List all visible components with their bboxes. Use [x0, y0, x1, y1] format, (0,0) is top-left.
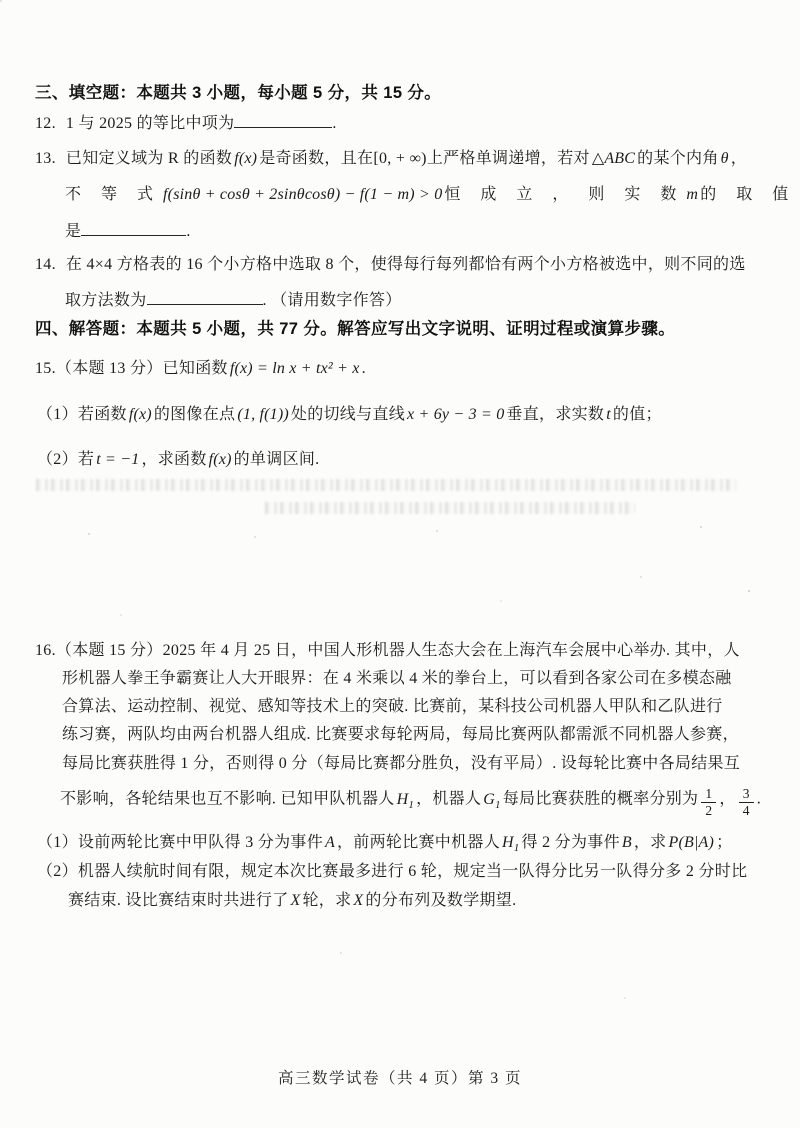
- q13-math-m: m: [686, 186, 698, 203]
- q13-math-fx: f(x): [234, 150, 257, 167]
- q16-math-x: X: [353, 892, 363, 909]
- q16-math-x: X: [291, 892, 301, 909]
- bleed-through-text-line2: [265, 502, 635, 514]
- question-16-line2: 形机器人拳王争霸赛让人大开眼界：在 4 米乘以 4 米的拳台上，可以看到各家公司…: [62, 668, 732, 690]
- q15-math-t-value: t = −1: [96, 451, 139, 468]
- fraction-denominator: 4: [739, 803, 754, 819]
- q16-subscript: 1: [408, 799, 414, 811]
- q13-text: 的 取 值 范 围: [700, 186, 800, 203]
- fraction-three-quarters: 34: [739, 786, 754, 818]
- answer-blank-q13: [81, 220, 186, 236]
- q15-text: 垂直，求实数: [506, 406, 604, 423]
- question-15-head: 15.（本题 13 分）已知函数f(x) = ln x + tx² + x.: [35, 358, 366, 380]
- bleed-through-text-line1: [36, 479, 736, 491]
- question-16-part2-line1: （2）机器人续航时间有限，规定本次比赛最多进行 6 轮，规定当一队得分比另一队得…: [37, 861, 747, 883]
- fraction-numerator: 1: [701, 786, 716, 803]
- q16-text: ，机器人: [416, 791, 481, 808]
- q15-text: 的值；: [613, 406, 662, 423]
- q16-math-g: G: [483, 791, 495, 808]
- q13-text: 不 等 式: [65, 186, 161, 203]
- q15-text: ，求函数: [141, 451, 206, 468]
- q13-math-inequality: f(sinθ + cosθ + 2sinθcosθ) − f(1 − m) > …: [163, 186, 442, 203]
- question-16-part1: （1）设前两轮比赛中甲队得 3 分为事件A，前两轮比赛中机器人H1得 2 分为事…: [37, 832, 732, 856]
- section-heading-solutions: 四、解答题：本题共 5 小题，共 77 分。解答应写出文字说明、证明过程或演算步…: [35, 318, 675, 340]
- q16-text: 得 2 分为事件: [521, 834, 619, 851]
- q16-period: .: [757, 791, 761, 808]
- q13-math-interval: [0, + ∞): [373, 150, 427, 167]
- question-13-line1: 13.已知定义域为 R 的函数f(x)是奇函数，且在[0, + ∞)上严格单调递…: [35, 148, 747, 170]
- q15-text: （2）若: [37, 451, 94, 468]
- question-12-text: 1 与 2025 的等比中项为: [66, 115, 235, 132]
- q13-math-theta: θ: [721, 150, 729, 167]
- q13-text: ，: [731, 150, 747, 167]
- q16-subscript: 1: [514, 842, 520, 854]
- q15-text: 的单调区间.: [234, 451, 320, 468]
- q16-math-g1: G1: [483, 791, 500, 808]
- q15-text: 处的切线与直线: [291, 406, 405, 423]
- question-13-line3: 是.: [65, 220, 191, 243]
- question-13-number: 13.: [35, 148, 56, 170]
- question-16-line4: 练习赛，两队均由两台机器人组成. 比赛要求每轮两局，每局比赛两队都需派不同机器人…: [62, 724, 739, 746]
- scan-noise-specks: [0, 0, 2, 2]
- q16-text: 赛结束. 设比赛结束时共进行了: [68, 892, 289, 909]
- q16-text: （1）设前两轮比赛中甲队得 3 分为事件: [37, 834, 323, 851]
- q15-text: 的图像在点: [154, 406, 236, 423]
- q13-math-triangle-abc: △ABC: [592, 150, 635, 167]
- question-14-number: 14.: [35, 254, 56, 276]
- q16-text: 的分布列及数学期望.: [365, 892, 516, 909]
- question-13-line2: 不 等 式f(sinθ + cosθ + 2sinθcosθ) − f(1 − …: [65, 184, 800, 206]
- q15-text: 15.（本题 13 分）已知函数: [35, 360, 228, 377]
- section-heading-fill-in-blanks: 三、填空题：本题共 3 小题，每小题 5 分，共 15 分。: [35, 82, 441, 104]
- question-16-line3: 合算法、运动控制、视觉、感知等技术上的突破. 比赛前，某科技公司机器人甲队和乙队…: [62, 696, 723, 718]
- q14-text: 取方法数为: [65, 292, 147, 309]
- q16-math-h1: H1: [502, 834, 519, 851]
- question-12-period: .: [332, 115, 336, 132]
- q13-text: 是奇函数，且在: [259, 150, 373, 167]
- q15-text: （1）若函数: [37, 406, 127, 423]
- q16-text: ，: [719, 791, 735, 808]
- question-16-line6: 不影响，各轮结果也互不影响. 已知甲队机器人H1，机器人G1每局比赛获胜的概率分…: [60, 786, 761, 818]
- question-12-number: 12.: [35, 113, 56, 135]
- answer-blank-q14: [147, 289, 263, 305]
- q16-text: 不影响，各轮结果也互不影响. 已知甲队机器人: [60, 791, 395, 808]
- question-16-part2-line2: 赛结束. 设比赛结束时共进行了X轮，求X的分布列及数学期望.: [68, 890, 516, 912]
- q16-math-h: H: [397, 791, 409, 808]
- question-15-part1: （1）若函数f(x)的图像在点(1, f(1))处的切线与直线x + 6y − …: [37, 404, 662, 426]
- q13-text: 已知定义域为 R 的函数: [66, 150, 232, 167]
- q14-note-numeric-answer: . （请用数字作答）: [263, 292, 402, 309]
- page-footer: 高三数学试卷（共 4 页）第 3 页: [0, 1066, 800, 1088]
- q15-math-function: f(x) = ln x + tx² + x: [230, 360, 360, 377]
- question-16-line1: 16.（本题 15 分）2025 年 4 月 25 日，中国人形机器人生态大会在…: [35, 640, 740, 662]
- q15-period: .: [362, 360, 366, 377]
- q16-subscript: 1: [495, 799, 501, 811]
- question-16-line5: 每局比赛获胜得 1 分，否则得 0 分（每局比赛都分胜负，没有平局）. 设每轮比…: [62, 753, 740, 775]
- q15-math-fx: f(x): [209, 451, 232, 468]
- q15-math-t: t: [606, 406, 611, 423]
- q16-text: 轮，求: [303, 892, 352, 909]
- q16-math-h1: H1: [397, 791, 414, 808]
- q13-period: .: [186, 223, 190, 240]
- question-15-part2: （2）若t = −1，求函数f(x)的单调区间.: [37, 449, 319, 471]
- q16-text: ，前两轮比赛中机器人: [337, 834, 500, 851]
- question-12: 12.1 与 2025 的等比中项为.: [35, 112, 337, 135]
- q13-text: 恒 成 立 ， 则 实 数: [444, 186, 684, 203]
- q13-text: 上严格单调递增，若对: [427, 150, 590, 167]
- q16-text: ，求: [634, 834, 667, 851]
- fraction-denominator: 2: [701, 803, 716, 819]
- q15-math-line-equation: x + 6y − 3 = 0: [407, 406, 504, 423]
- q16-text: 每局比赛获胜的概率分别为: [503, 791, 699, 808]
- q13-text: 是: [65, 223, 81, 240]
- q16-math-h: H: [502, 834, 514, 851]
- fraction-numerator: 3: [739, 786, 754, 803]
- q16-math-event-b: B: [622, 834, 632, 851]
- q15-math-fx: f(x): [129, 406, 152, 423]
- question-14-line1: 14.在 4×4 方格表的 16 个小方格中选取 8 个，使得每行每列都恰有两个…: [35, 254, 746, 276]
- q16-text: ；: [716, 834, 732, 851]
- question-14-line2: 取方法数为. （请用数字作答）: [65, 289, 402, 312]
- exam-paper-page: 三、填空题：本题共 3 小题，每小题 5 分，共 15 分。 12.1 与 20…: [0, 0, 800, 1128]
- answer-blank-q12: [234, 112, 332, 128]
- q16-math-conditional-probability: P(B|A): [668, 834, 714, 851]
- fraction-one-half: 12: [701, 786, 716, 818]
- q16-math-event-a: A: [325, 834, 335, 851]
- q14-text: 在 4×4 方格表的 16 个小方格中选取 8 个，使得每行每列都恰有两个小方格…: [66, 256, 746, 273]
- q13-text: 的某个内角: [637, 150, 719, 167]
- q15-math-point: (1, f(1)): [237, 406, 289, 423]
